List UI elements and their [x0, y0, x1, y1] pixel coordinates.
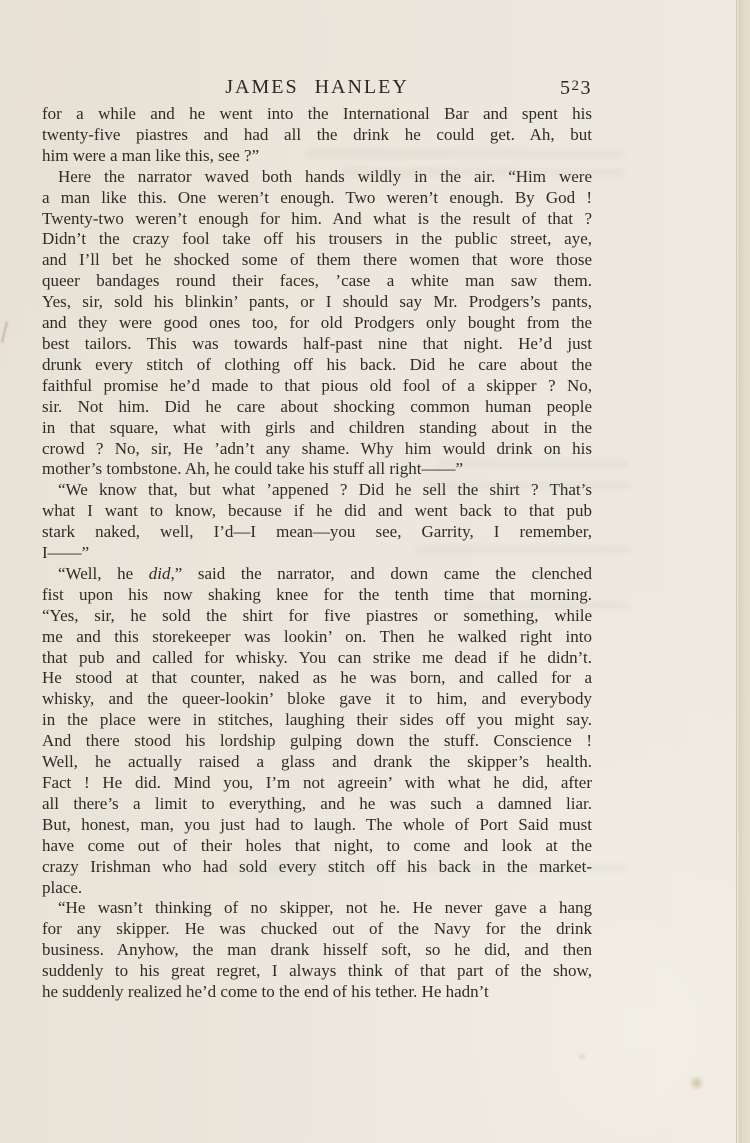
- text-line: queer bandages round their faces, ’case …: [42, 271, 592, 292]
- page-number: 523: [560, 77, 592, 100]
- text-line: he suddenly realized he’d come to the en…: [42, 982, 592, 1003]
- text-line: in the place were in stitches, laughing …: [42, 710, 592, 731]
- text-line: “Yes, sir, he sold the shirt for five pi…: [42, 606, 592, 627]
- paragraph: “We know that, but what ’appened ? Did h…: [42, 480, 592, 564]
- text-line: Twenty-two weren’t enough for him. And w…: [42, 209, 592, 230]
- page-header: JAMES HANLEY 523: [42, 76, 592, 100]
- text-line: Well, he actually raised a glass and dra…: [42, 752, 592, 773]
- body-text: for a while and he went into the Interna…: [42, 104, 592, 1003]
- text-line: best tailors. This was towards half-past…: [42, 334, 592, 355]
- text-line: faithful promise he’d made to that pious…: [42, 376, 592, 397]
- text-line: But, honest, man, you just had to laugh.…: [42, 815, 592, 836]
- text-line: that pub and called for whisky. You can …: [42, 648, 592, 669]
- running-head-author: JAMES HANLEY: [42, 76, 592, 99]
- book-page: JAMES HANLEY 523 for a while and he went…: [0, 0, 750, 1143]
- text-line: for any skipper. He was chucked out of t…: [42, 919, 592, 940]
- text-line: And there stood his lordship gulping dow…: [42, 731, 592, 752]
- paper-stain: [577, 1052, 587, 1061]
- text-line: for a while and he went into the Interna…: [42, 104, 592, 125]
- page-number-digit: 3: [581, 77, 593, 99]
- text-line: business. Anyhow, the man drank hisself …: [42, 940, 592, 961]
- text-line: whisky, and the queer-lookin’ bloke gave…: [42, 689, 592, 710]
- paragraph: “He wasn’t thinking of no skipper, not h…: [42, 898, 592, 1003]
- text-line: in that square, what with girls and chil…: [42, 418, 592, 439]
- text-line: suddenly to his great regret, I always t…: [42, 961, 592, 982]
- text-line: crowd ? No, sir, He ’adn’t any shame. Wh…: [42, 439, 592, 460]
- text-line: sir. Not him. Did he care about shocking…: [42, 397, 592, 418]
- paper-scratch: [0, 321, 8, 343]
- text-line: “We know that, but what ’appened ? Did h…: [42, 480, 592, 501]
- text-line: him were a man like this, see ?”: [42, 146, 592, 167]
- paragraph: for a while and he went into the Interna…: [42, 104, 592, 167]
- text-line: mother’s tombstone. Ah, he could take hi…: [42, 459, 592, 480]
- text-line: stark naked, well, I’d—I mean—you see, G…: [42, 522, 592, 543]
- text-line: place.: [42, 878, 592, 899]
- paragraph: “Well, he did,” said the narrator, and d…: [42, 564, 592, 899]
- text-line: Here the narrator waved both hands wildl…: [42, 167, 592, 188]
- text-line: Fact ! He did. Mind you, I’m not agreein…: [42, 773, 592, 794]
- text-line: twenty-five piastres and had all the dri…: [42, 125, 592, 146]
- text-line: and they were good ones too, for old Pro…: [42, 313, 592, 334]
- text-line: crazy Irishman who had sold every stitch…: [42, 857, 592, 878]
- text-line: He stood at that counter, naked as he wa…: [42, 668, 592, 689]
- page-number-digit: 5: [560, 77, 572, 99]
- text-line: what I want to know, because if he did a…: [42, 501, 592, 522]
- text-line: “Well, he did,” said the narrator, and d…: [42, 564, 592, 585]
- text-line: Yes, sir, sold his blinkin’ pants, or I …: [42, 292, 592, 313]
- text-line: have come out of their holes that night,…: [42, 836, 592, 857]
- text-line: a man like this. One weren’t enough. Two…: [42, 188, 592, 209]
- text-line: all there’s a limit to everything, and h…: [42, 794, 592, 815]
- text-line: fist upon his now shaking knee for the t…: [42, 585, 592, 606]
- text-line: I——”: [42, 543, 592, 564]
- page-edge-shadow: [736, 0, 750, 1143]
- text-line: Didn’t the crazy fool take off his trous…: [42, 229, 592, 250]
- page-number-digit: 2: [572, 78, 581, 94]
- paper-stain: [688, 1076, 705, 1090]
- text-line: me and this storekeeper was lookin’ on. …: [42, 627, 592, 648]
- paragraph: Here the narrator waved both hands wildl…: [42, 167, 592, 481]
- text-line: and I’ll bet he shocked some of them the…: [42, 250, 592, 271]
- text-line: drunk every stitch of clothing off his b…: [42, 355, 592, 376]
- text-line: “He wasn’t thinking of no skipper, not h…: [42, 898, 592, 919]
